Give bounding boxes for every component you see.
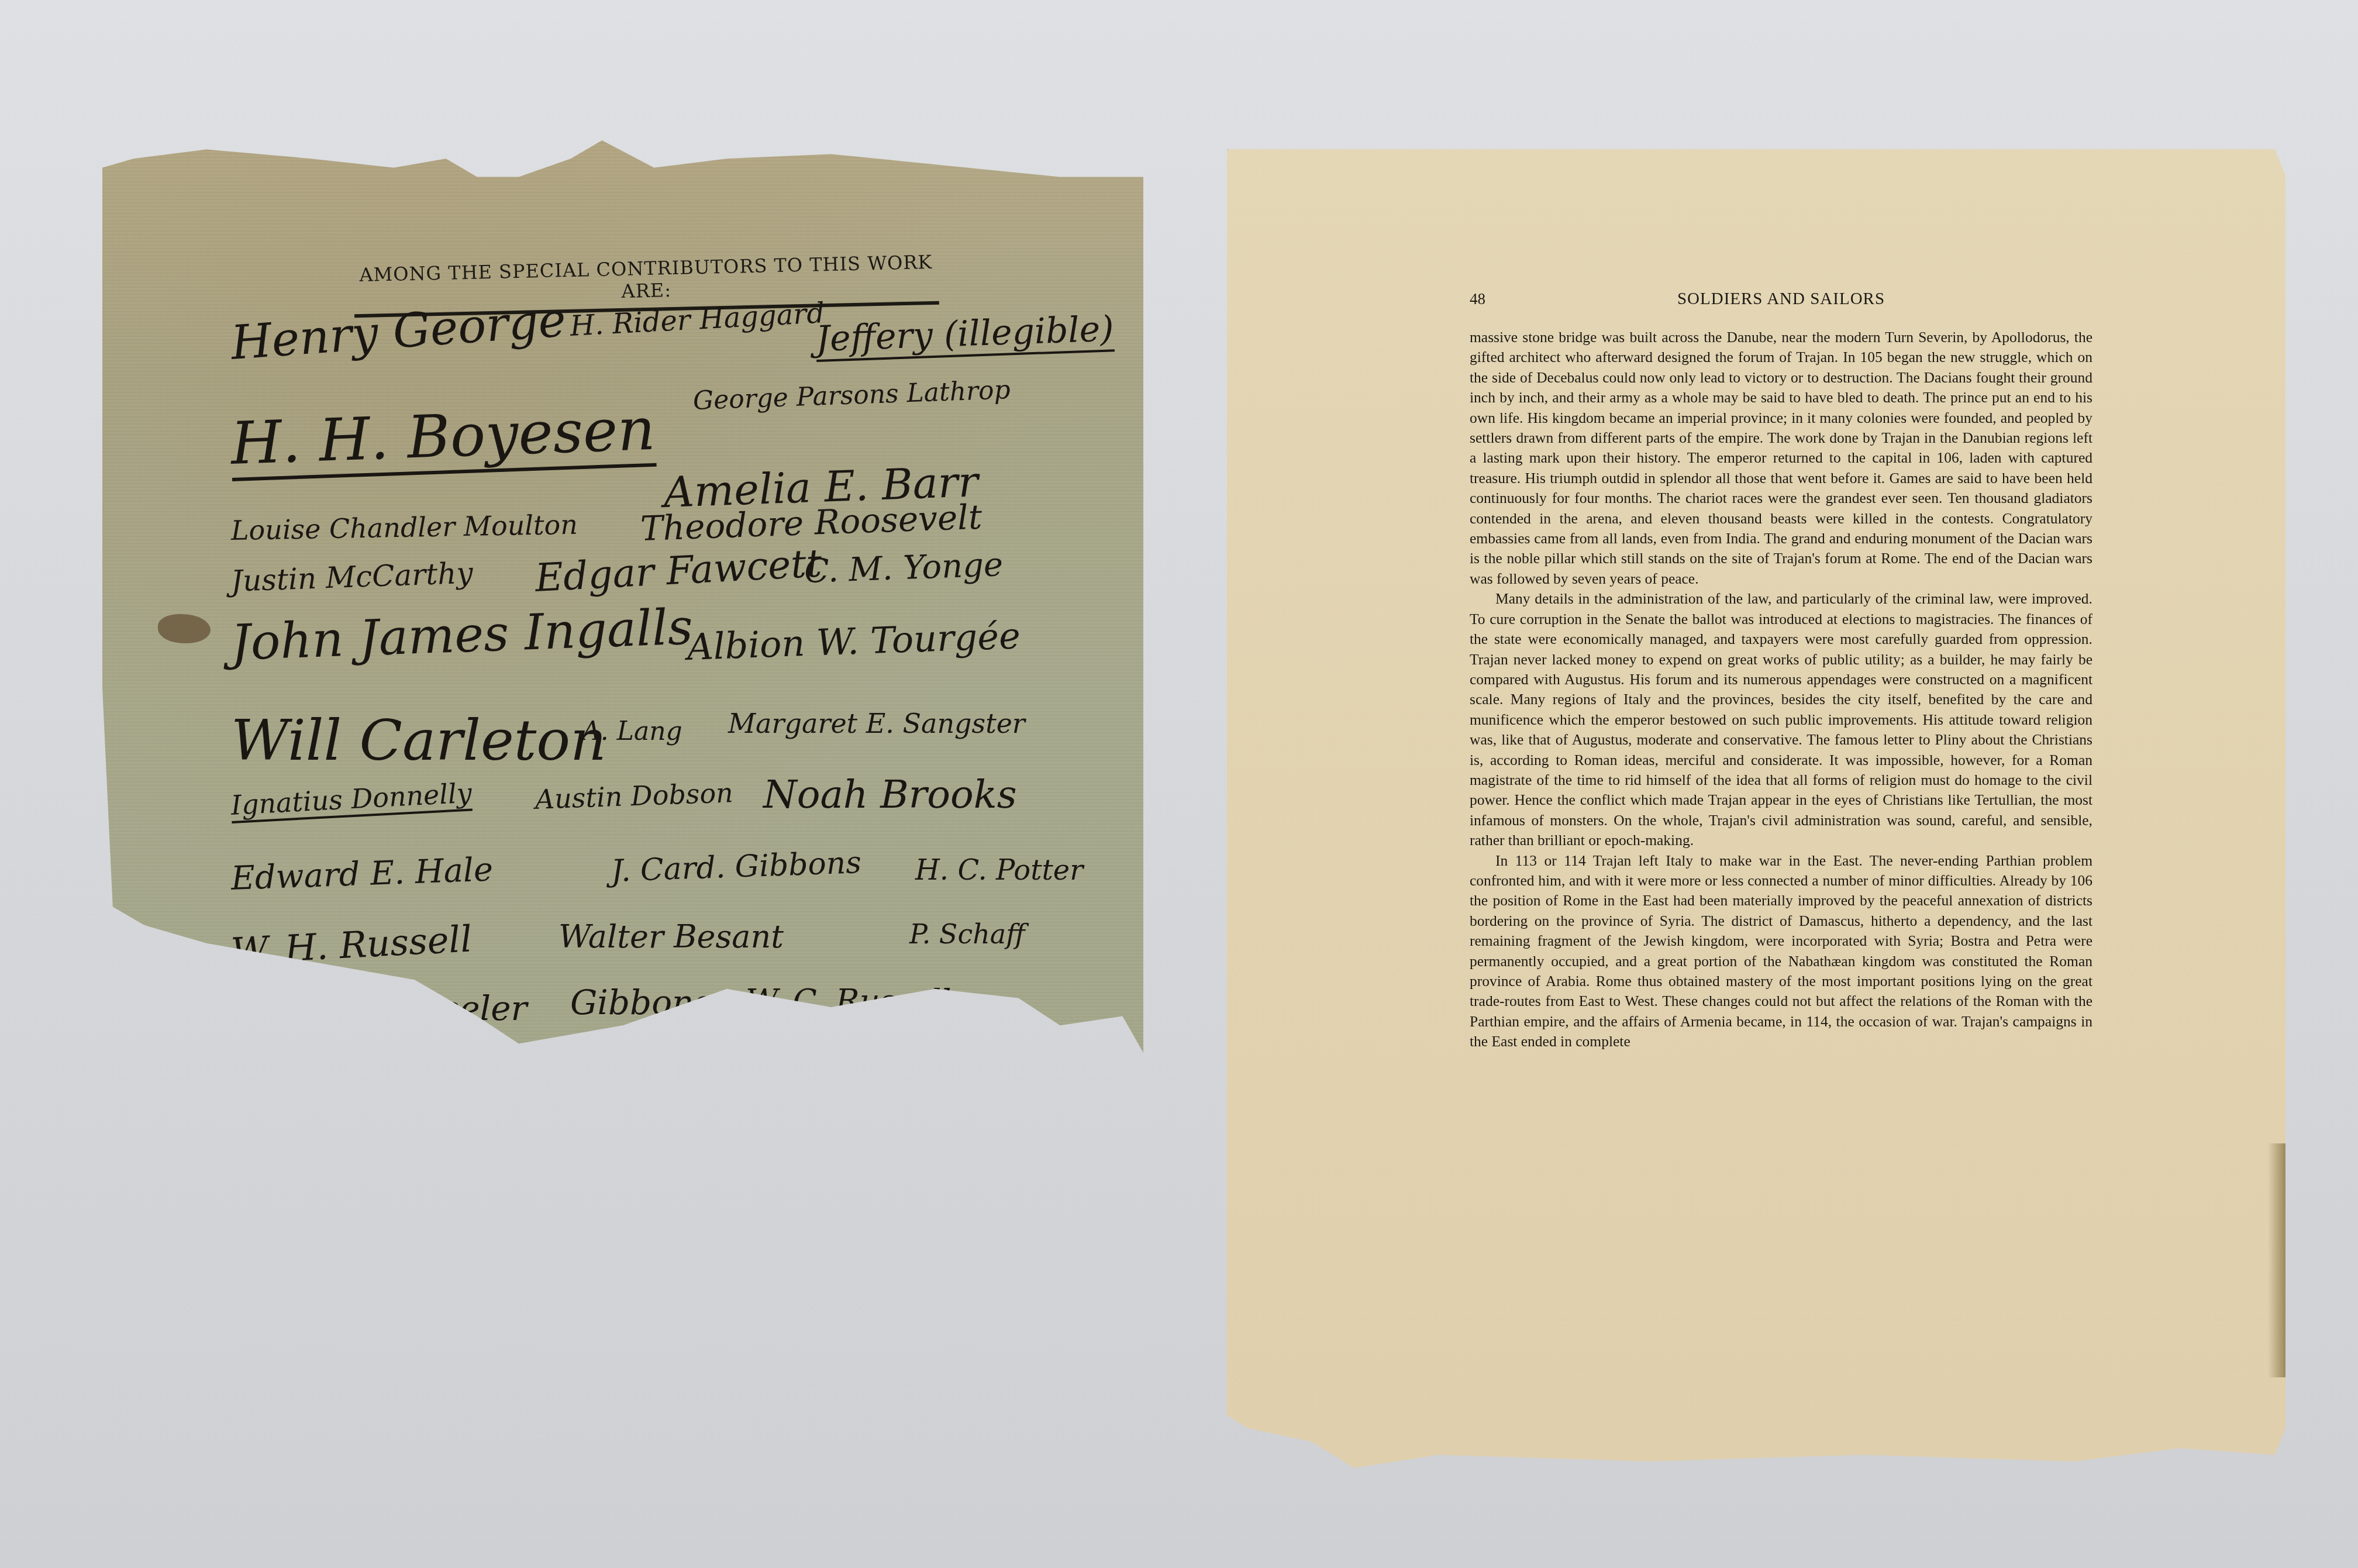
signature: C. M. Yonge — [804, 546, 1004, 591]
signature: Margaret E. Sangster — [728, 708, 1025, 739]
signature: H. C. Potter — [915, 854, 1083, 887]
signature: P. Schaff — [909, 918, 1025, 950]
signature: Noah Brooks — [763, 772, 1017, 817]
edge-stain — [2268, 1143, 2285, 1377]
signature: Will Carleton — [231, 708, 606, 773]
paragraph: massive stone bridge was built across th… — [1470, 328, 2092, 589]
paragraph: In 113 or 114 Trajan left Italy to make … — [1470, 851, 2092, 1052]
signature: Walter Besant — [559, 918, 784, 955]
paragraph: Many details in the administration of th… — [1470, 589, 2092, 850]
signature: Louise Chandler Moulton — [231, 509, 578, 546]
contributors-page: AMONG THE SPECIAL CONTRIBUTORS TO THIS W… — [102, 140, 1143, 1053]
signature: W. C. Russell — [746, 983, 951, 1019]
running-head: SOLDIERS AND SAILORS — [1505, 290, 2057, 309]
book-page: 48 SOLDIERS AND SAILORS massive stone br… — [1227, 149, 2285, 1468]
signature: A. Lang — [582, 716, 682, 746]
body-text: massive stone bridge was built across th… — [1470, 328, 2092, 1052]
signature: H. H. Boyesen — [230, 395, 657, 481]
page-number: 48 — [1470, 290, 1505, 308]
page-header: 48 SOLDIERS AND SAILORS — [1470, 290, 2092, 309]
signature: Gibbons — [570, 983, 711, 1022]
signature: Wheeler — [383, 988, 527, 1028]
